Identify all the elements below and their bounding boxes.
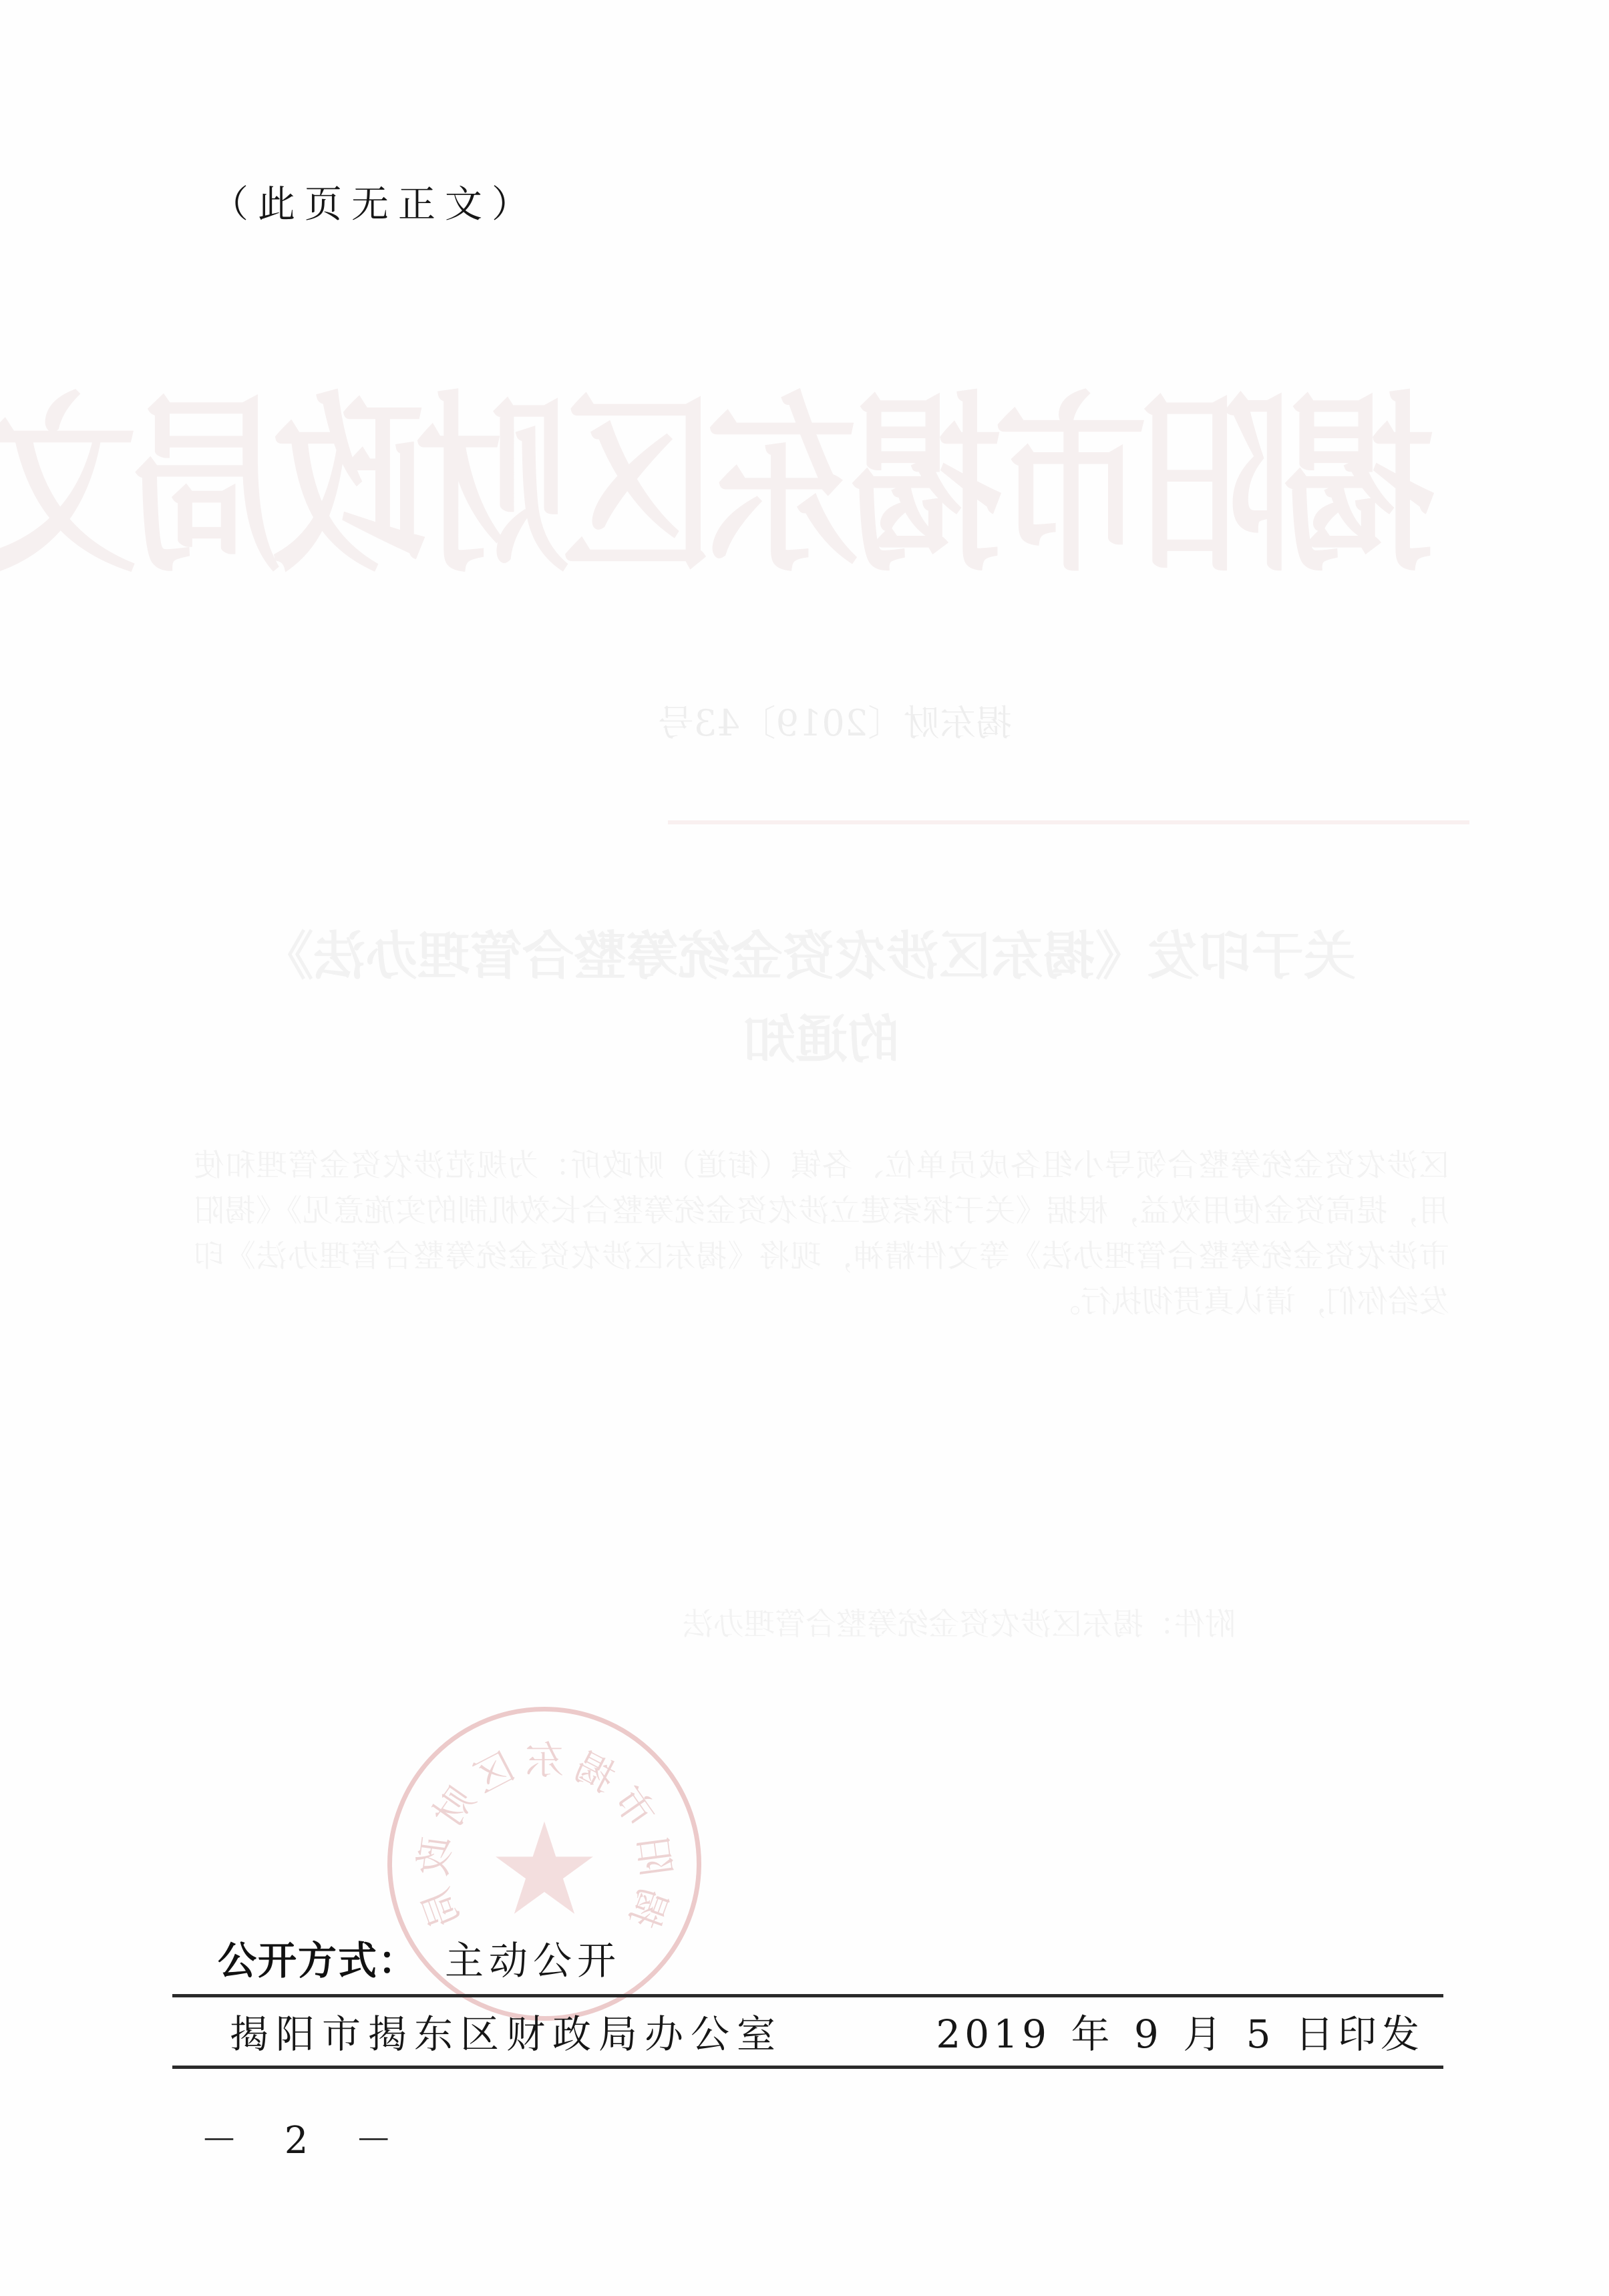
footer-rule-bottom [172,2066,1443,2069]
show-through-header: 揭阳市揭东区财政局文件 [220,371,1436,605]
seal-char: 政 [401,1833,462,1878]
page-number: － 2 － [200,2111,409,2164]
show-through-doc-number: 揭东财〔2019〕43号 [601,695,1069,746]
issuing-office: 揭阳市揭东区财政局办公室 [230,2011,783,2058]
show-through-red-rule [668,820,1469,824]
document-page: 揭阳市揭东区财政局文件 揭东财〔2019〕43号 关于印发《揭东区涉农资金统筹整… [0,0,1609,2296]
disclosure-value: 主动公开 [445,1938,621,1983]
show-through-body: 区涉农资金统筹整合领导小组各成员单位、各镇（街道）财政所：为规范涉农资金管理和使… [194,1142,1449,1324]
issue-date: 2019 年 9 月 5 日印发 [936,2011,1423,2058]
seal-char: 阳 [627,1833,687,1878]
disclosure-line: 公开方式：主动公开 [218,1937,621,1984]
no-body-note: （此页无正文） [211,175,538,228]
show-through-title: 关于印发《揭东区涉农资金统筹整合管理办法》的通知 [287,915,1356,1082]
seal-char: 揭 [566,1736,627,1804]
seal-char: 东 [525,1729,564,1785]
seal-char: 财 [417,1774,486,1838]
seal-char: 局 [405,1882,471,1937]
disclosure-label: 公开方式： [218,1938,418,1983]
show-through-attachment: 附件：揭东区涉农资金统筹整合管理办法 [401,1600,1236,1644]
seal-char: 区 [462,1736,522,1804]
seal-char: 市 [603,1774,671,1838]
footer-rule-top [172,1994,1443,1997]
seal-char: 揭 [618,1882,684,1937]
